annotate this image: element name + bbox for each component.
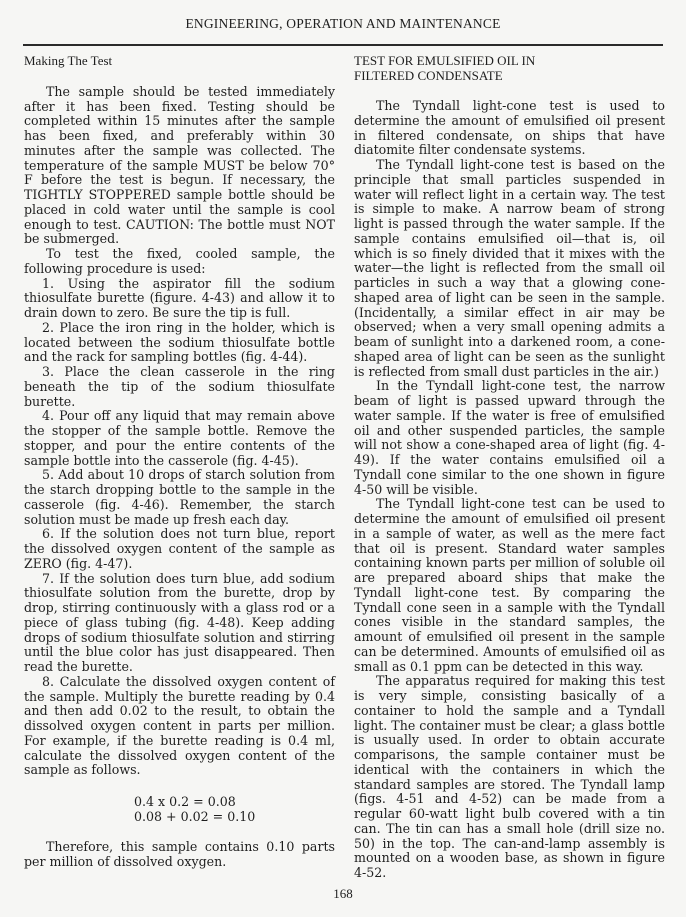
running-head: ENGINEERING, OPERATION AND MAINTENANCE [0,16,686,32]
procedure-step-6: 6. If the solution does not turn blue, r… [24,527,335,571]
paragraph: In the Tyndall light-cone test, the narr… [354,379,665,497]
paragraph: The sample should be tested immediately … [24,85,335,247]
calculation-block: 0.4 x 0.2 = 0.08 0.08 + 0.02 = 0.10 [134,794,335,824]
right-column: TEST FOR EMULSIFIED OIL IN FILTERED COND… [354,54,665,881]
header-rule [23,44,663,46]
left-column: Making The Test The sample should be tes… [24,54,335,870]
calculation-line: 0.4 x 0.2 = 0.08 [134,794,335,809]
paragraph: The Tyndall light-cone test is used to d… [354,99,665,158]
section-heading-making-the-test: Making The Test [24,54,335,69]
procedure-step-1: 1. Using the aspirator fill the sodium t… [24,277,335,321]
calculation-line: 0.08 + 0.02 = 0.10 [134,809,335,824]
paragraph: The Tyndall light-cone test can be used … [354,497,665,674]
procedure-step-5: 5. Add about 10 drops of starch solution… [24,468,335,527]
section-heading-emulsified-oil: TEST FOR EMULSIFIED OIL IN FILTERED COND… [354,54,665,83]
paragraph: The apparatus required for making this t… [354,674,665,881]
paragraph: To test the fixed, cooled sample, the fo… [24,247,335,277]
procedure-step-7: 7. If the solution does turn blue, add s… [24,572,335,675]
page-number: 168 [0,886,686,902]
conclusion-paragraph: Therefore, this sample contains 0.10 par… [24,840,335,870]
procedure-step-8: 8. Calculate the dissolved oxygen conten… [24,675,335,778]
heading-line: TEST FOR EMULSIFIED OIL IN [354,54,665,69]
procedure-step-2: 2. Place the iron ring in the holder, wh… [24,321,335,365]
heading-line: FILTERED CONDENSATE [354,69,665,84]
procedure-step-4: 4. Pour off any liquid that may remain a… [24,409,335,468]
procedure-step-3: 3. Place the clean casserole in the ring… [24,365,335,409]
paragraph: The Tyndall light-cone test is based on … [354,158,665,379]
